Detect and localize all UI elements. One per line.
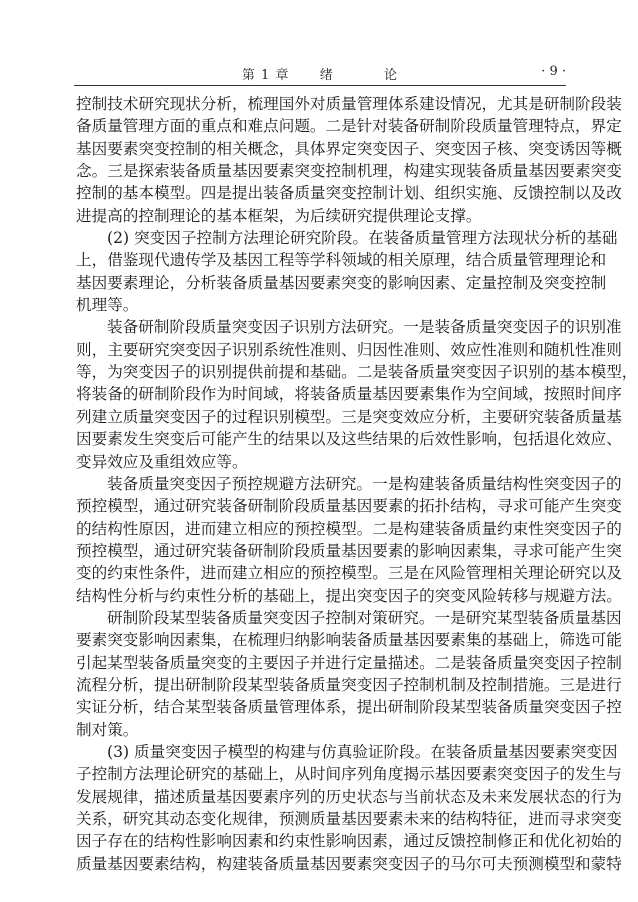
text-line: (3) 质量突变因子模型的构建与仿真验证阶段。在装备质量基因要素突变因: [76, 741, 566, 763]
text-line: 列建立质量突变因子的过程识别模型。三是突变效应分析，主要研究装备质量基: [76, 406, 566, 428]
text-line: 实证分析，结合某型装备质量管理体系，提出研制阶段某型装备质量突变因子控: [76, 696, 566, 718]
text-line: 基因要素理论，分析装备质量基因要素突变的影响因素、定量控制及突变控制: [76, 272, 566, 294]
chapter-title: 第 1 章 绪 论: [74, 64, 566, 83]
chapter-title-char-2: 论: [384, 68, 398, 83]
text-line: 研制阶段某型装备质量突变因子控制对策研究。一是研究某型装备质量基因: [76, 607, 566, 629]
text-line: 发展规律，描述质量基因要素序列的历史状态与当前状态及未来发展状态的行为: [76, 786, 566, 808]
chapter-title-char-1: 绪: [320, 68, 334, 83]
text-line: 进提高的控制理论的基本框架，为后续研究提供理论支撑。: [76, 205, 566, 227]
text-line: 装备质量突变因子预控规避方法研究。一是构建装备质量结构性突变因子的: [76, 473, 566, 495]
text-line: 控制的基本模型。四是提出装备质量突变控制计划、组织实施、反馈控制以及改: [76, 182, 566, 204]
chapter-label: 第 1 章: [242, 68, 290, 83]
text-line: 则，主要研究突变因子识别系统性准则、归因性准则、效应性准则和随机性准则: [76, 339, 566, 361]
text-line: 变异效应及重组效应等。: [76, 451, 566, 473]
text-line: 基因要素突变控制的相关概念，具体界定突变因子、突变因子核、突变诱因等概: [76, 138, 566, 160]
text-line: 因子存在的结构性影响因素和约束性影响因素，通过反馈控制修正和优化初始的: [76, 830, 566, 852]
body-text: 控制技术研究现状分析，梳理国外对质量管理体系建设情况，尤其是研制阶段装备质量管理…: [76, 93, 566, 875]
text-line: 预控模型，通过研究装备研制阶段质量基因要素的影响因素集，寻求可能产生突: [76, 540, 566, 562]
text-line: 装备研制阶段质量突变因子识别方法研究。一是装备质量突变因子的识别准: [76, 316, 566, 338]
text-line: 关系，研究其动态变化规律，预测质量基因要素未来的结构特征，进而寻求突变: [76, 808, 566, 830]
text-line: 将装备的研制阶段作为时间域，将装备质量基因要素集作为空间域，按照时间序: [76, 383, 566, 405]
text-line: (2) 突变因子控制方法理论研究阶段。在装备质量管理方法现状分析的基础: [76, 227, 566, 249]
text-line: 机理等。: [76, 294, 566, 316]
text-line: 流程分析，提出研制阶段某型装备质量突变因子控制机制及控制措施。三是进行: [76, 674, 566, 696]
text-line: 质量基因要素结构，构建装备质量基因要素突变因子的马尔可夫预测模型和蒙特: [76, 853, 566, 875]
text-line: 结构性分析与约束性分析的基础上，提出突变因子的突变风险转移与规避方法。: [76, 585, 566, 607]
text-line: 的结构性原因，进而建立相应的预控模型。二是构建装备质量约束性突变因子的: [76, 518, 566, 540]
text-line: 因要素发生突变后可能产生的结果以及这些结果的后效性影响，包括退化效应、: [76, 428, 566, 450]
header-rule: [74, 85, 566, 86]
text-line: 念。三是探索装备质量基因要素突变控制机理，构建实现装备质量基因要素突变: [76, 160, 566, 182]
text-line: 上，借鉴现代遗传学及基因工程等学科领域的相关原理，结合质量管理理论和: [76, 249, 566, 271]
page-number: · 9 ·: [541, 64, 566, 79]
text-line: 变的约束性条件，进而建立相应的预控模型。三是在风险管理相关理论研究以及: [76, 562, 566, 584]
text-line: 要素突变影响因素集，在梳理归纳影响装备质量基因要素集的基础上，筛选可能: [76, 629, 566, 651]
text-line: 制对策。: [76, 719, 566, 741]
text-line: 子控制方法理论研究的基础上，从时间序列角度揭示基因要素突变因子的发生与: [76, 763, 566, 785]
text-line: 备质量管理方面的重点和难点问题。二是针对装备研制阶段质量管理特点，界定: [76, 115, 566, 137]
text-line: 等，为突变因子的识别提供前提和基础。二是装备质量突变因子识别的基本模型，: [76, 361, 566, 383]
text-line: 控制技术研究现状分析，梳理国外对质量管理体系建设情况，尤其是研制阶段装: [76, 93, 566, 115]
text-line: 预控模型，通过研究装备研制阶段质量基因要素的拓扑结构，寻求可能产生突变: [76, 495, 566, 517]
running-header: 第 1 章 绪 论 · 9 ·: [74, 64, 566, 84]
text-line: 引起某型装备质量突变的主要因子并进行定量描述。二是装备质量突变因子控制: [76, 652, 566, 674]
